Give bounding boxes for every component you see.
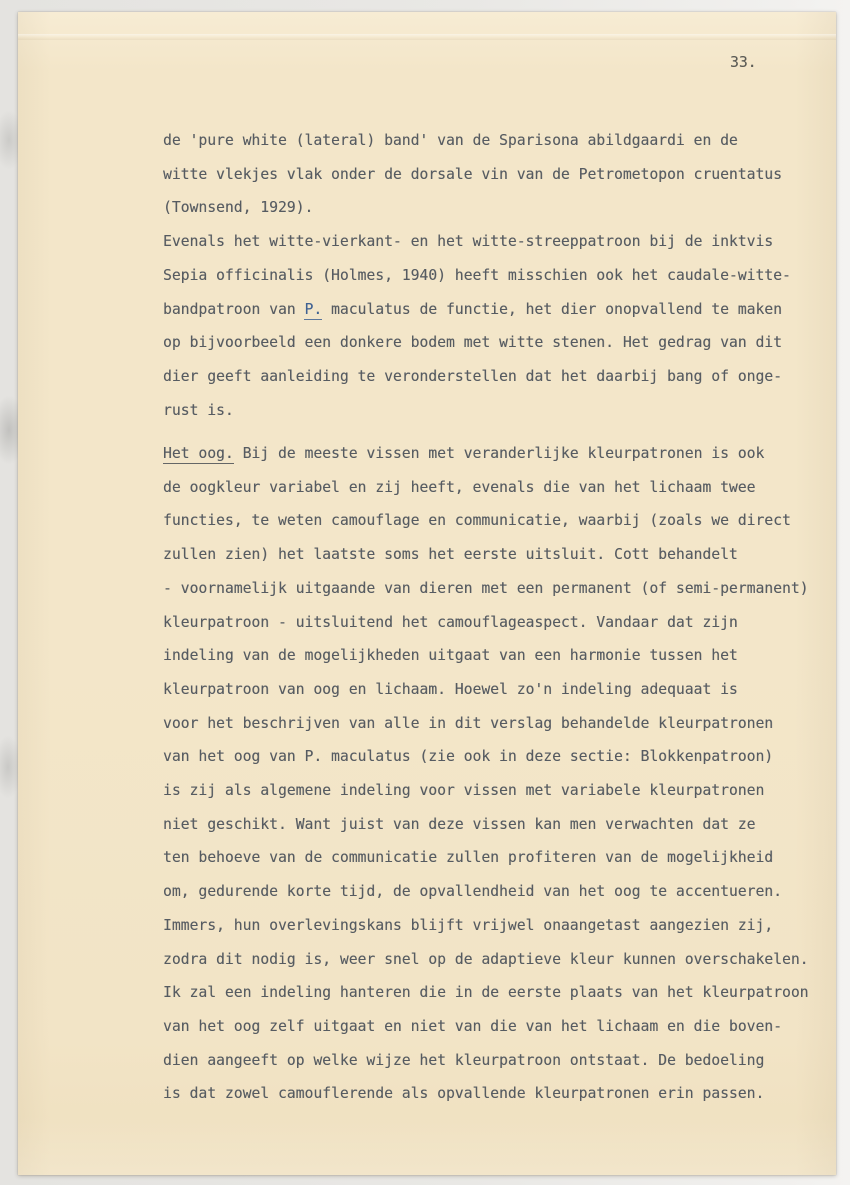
text-line: rust is.	[163, 394, 791, 428]
text-line: is dat zowel camouflerende als opvallend…	[163, 1077, 809, 1111]
text-line: om, gedurende korte tijd, de opvallendhe…	[163, 875, 809, 909]
text-line: is zij als algemene indeling voor vissen…	[163, 774, 809, 808]
text-line: Sepia officinalis (Holmes, 1940) heeft m…	[163, 259, 791, 293]
text-line: Het oog. Bij de meeste vissen met verand…	[163, 437, 809, 471]
paragraph-block-1: de 'pure white (lateral) band' van de Sp…	[163, 124, 791, 427]
text-line: witte vlekjes vlak onder de dorsale vin …	[163, 158, 791, 192]
text-line: Evenals het witte-vierkant- en het witte…	[163, 225, 791, 259]
text-line: zullen zien) het laatste soms het eerste…	[163, 538, 809, 572]
text-line: kleurpatroon - uitsluitend het camouflag…	[163, 606, 809, 640]
section-heading: Het oog.	[163, 445, 234, 464]
text-line: de 'pure white (lateral) band' van de Sp…	[163, 124, 791, 158]
text-line: zodra dit nodig is, weer snel op de adap…	[163, 943, 809, 977]
species-abbreviation: P.	[304, 301, 322, 320]
text-line: op bijvoorbeeld een donkere bodem met wi…	[163, 326, 791, 360]
paragraph-block-2: Het oog. Bij de meeste vissen met verand…	[163, 437, 809, 1111]
text-line: indeling van de mogelijkheden uitgaat va…	[163, 639, 809, 673]
text-line: van het oog van P. maculatus (zie ook in…	[163, 740, 809, 774]
text-line: (Townsend, 1929).	[163, 191, 791, 225]
text-line: voor het beschrijven van alle in dit ver…	[163, 707, 809, 741]
text-line: bandpatroon van P. maculatus de functie,…	[163, 293, 791, 327]
scanned-page: 33. de 'pure white (lateral) band' van d…	[18, 12, 836, 1175]
text-line: Ik zal een indeling hanteren die in de e…	[163, 976, 809, 1010]
text-line: dier geeft aanleiding te veronderstellen…	[163, 360, 791, 394]
text-line: van het oog zelf uitgaat en niet van die…	[163, 1010, 809, 1044]
text-line: niet geschikt. Want juist van deze visse…	[163, 808, 809, 842]
scan-background: 33. de 'pure white (lateral) band' van d…	[0, 0, 850, 1185]
text-line: ten behoeve van de communicatie zullen p…	[163, 841, 809, 875]
text-line: functies, te weten camouflage en communi…	[163, 504, 809, 538]
text-line: dien aangeeft op welke wijze het kleurpa…	[163, 1044, 809, 1078]
text-line: de oogkleur variabel en zij heeft, evena…	[163, 471, 809, 505]
text-segment: bandpatroon van	[163, 301, 304, 318]
text-segment: Bij de meeste vissen met veranderlijke k…	[234, 445, 765, 462]
text-line: Immers, hun overlevingskans blijft vrijw…	[163, 909, 809, 943]
page-number: 33.	[730, 53, 757, 73]
text-line: - voornamelijk uitgaande van dieren met …	[163, 572, 809, 606]
text-line: kleurpatroon van oog en lichaam. Hoewel …	[163, 673, 809, 707]
text-segment: maculatus de functie, het dier onopvalle…	[322, 301, 782, 318]
